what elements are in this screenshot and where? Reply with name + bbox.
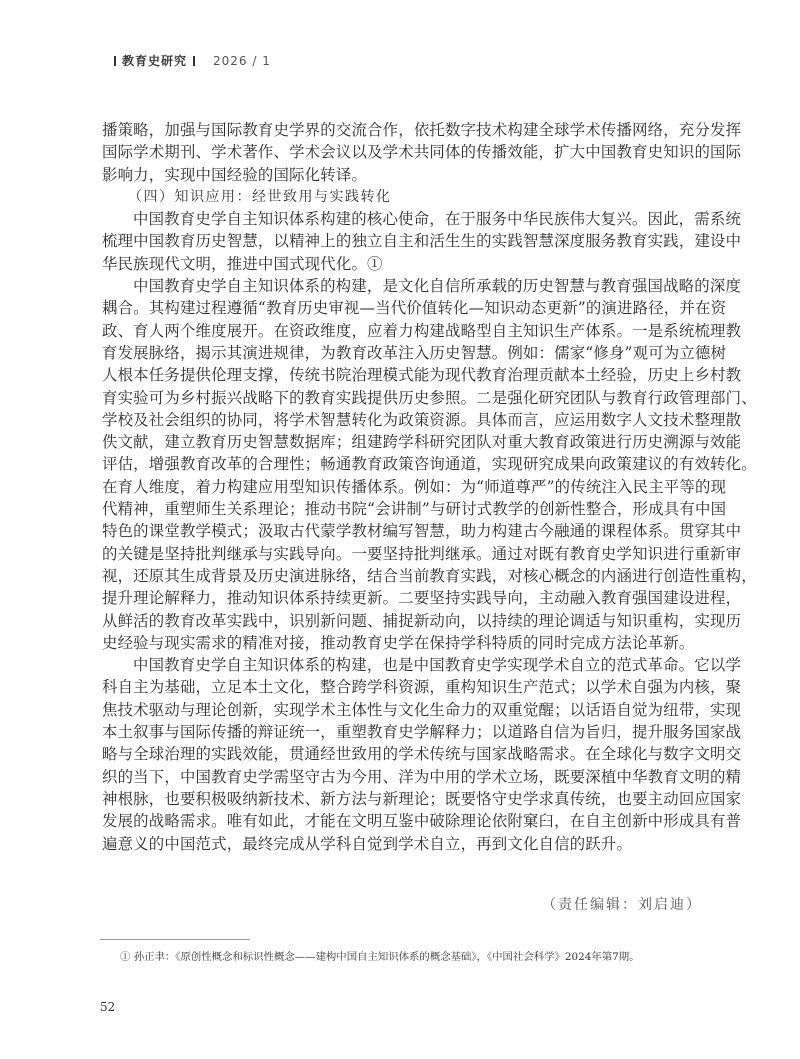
page-number: 52 [100, 1000, 115, 1014]
text-line: 遍意义的中国范式，最终完成从学科自觉到学术自立，再到文化自信的跃升。 [102, 833, 702, 855]
text-line: 科自主为基础，立足本土文化，整合跨学科资源，重构知识生产范式；以学术自强为内核，… [102, 676, 702, 698]
text-line: 中国教育史学自主知识体系的构建，是文化自信所承载的历史智慧与教育强国战略的深度 [102, 275, 702, 297]
header-bar-left [114, 56, 116, 66]
text-line: 影响力，实现中国经验的国际化转译。 [102, 164, 702, 186]
text-line: 国际学术期刊、学术著作、学术会议以及学术共同体的传播效能，扩大中国教育史知识的国… [102, 141, 702, 163]
journal-title: 教育史研究 [122, 54, 187, 68]
text-line: 人根本任务提供伦理支撑，传统书院治理模式能为现代教育治理贡献本土经验，历史上乡村… [102, 364, 702, 386]
text-line: 的关键是坚持批判继承与实践导向。一要坚持批判继承。通过对既有教育史学知识进行重新… [102, 543, 702, 565]
text-line: 佚文献，建立教育历史智慧数据库；组建跨学科研究团队对重大教育政策进行历史溯源与效… [102, 431, 702, 453]
text-line: 神根脉，也要积极吸纳新技术、新方法与新理论；既要恪守史学求真传统，也要主动回应国… [102, 788, 702, 810]
text-line: 本土叙事与国际传播的辩证统一，重塑教育史学解释力；以道路自信为旨归，提升服务国家… [102, 721, 702, 743]
text-line: 从鲜活的教育改革实践中，识别新问题、捕捉新动向，以持续的理论调适与知识重构，实现… [102, 610, 702, 632]
text-line: 梳理中国教育历史智慧，以精神上的独立自主和活生生的实践智慧深度服务教育实践，建设… [102, 230, 702, 252]
text-line: 播策略，加强与国际教育史学界的交流合作，依托数字技术构建全球学术传播网络，充分发… [102, 119, 702, 141]
running-header: 教育史研究2026 / 1 [108, 52, 271, 69]
header-bar-right [193, 56, 195, 66]
text-line: 学校及社会组织的协同，将学术智慧转化为政策资源。具体而言，应运用数字人文技术整理… [102, 409, 702, 431]
text-line: 育发展脉络，揭示其演进规律，为教育改革注入历史智慧。例如：儒家“修身”观可为立德… [102, 342, 702, 364]
text-line: 在育人维度，着力构建应用型知识传播体系。例如：为“师道尊严”的传统注入民主平等的… [102, 476, 702, 498]
footnote-divider [100, 939, 250, 940]
text-line: 代精神，重塑师生关系理论；推动书院“会讲制”与研讨式教学的创新性整合，形成具有中… [102, 498, 702, 520]
article-body: 播策略，加强与国际教育史学界的交流合作，依托数字技术构建全球学术传播网络，充分发… [102, 119, 702, 855]
text-line: 华民族现代文明，推进中国式现代化。① [102, 253, 702, 275]
text-line: 视，还原其生成背景及历史演进脉络，结合当前教育实践，对核心概念的内涵进行创造性重… [102, 565, 702, 587]
text-line: 焦技术驱动与理论创新，实现学术主体性与文化生命力的双重觉醒；以话语自觉为纽带，实… [102, 699, 702, 721]
text-line: 政、育人两个维度展开。在资政维度，应着力构建战略型自主知识生产体系。一是系统梳理… [102, 320, 702, 342]
text-line: 特色的课堂教学模式；汲取古代蒙学教材编写智慧，助力构建古今融通的课程体系。贯穿其… [102, 520, 702, 542]
issue-number: 2026 / 1 [213, 54, 271, 68]
text-line: 史经验与现实需求的精准对接，推动教育史学在保持学科特质的同时完成方法论革新。 [102, 632, 702, 654]
text-line: 中国教育史学自主知识体系的构建，也是中国教育史学实现学术自立的范式革命。它以学 [102, 654, 702, 676]
text-line: 中国教育史学自主知识体系构建的核心使命，在于服务中华民族伟大复兴。因此，需系统 [102, 208, 702, 230]
text-line: 耦合。其构建过程遵循“教育历史审视—当代价值转化—知识动态更新”的演进路径，并在… [102, 297, 702, 319]
footnote: ① 孙正聿：《原创性概念和标识性概念——建构中国自主知识体系的概念基础》，《中国… [120, 948, 640, 963]
section-heading: （四）知识应用：经世致用与实践转化 [102, 186, 702, 208]
text-line: 发展的战略需求。唯有如此，才能在文明互鉴中破除理论依附窠臼，在自主创新中形成具有… [102, 810, 702, 832]
text-line: 略与全球治理的实践效能，贯通经世致用的学术传统与国家战略需求。在全球化与数字文明… [102, 743, 702, 765]
text-line: 评估，增强教育改革的合理性；畅通教育政策咨询通道，实现研究成果向政策建议的有效转… [102, 453, 702, 475]
text-line: 织的当下，中国教育史学需坚守古为今用、洋为中用的学术立场，既要深植中华教育文明的… [102, 766, 702, 788]
text-line: 育实验可为乡村振兴战略下的教育实践提供历史参照。二是强化研究团队与教育行政管理部… [102, 387, 702, 409]
responsible-editor-note: （责任编辑：刘启迪） [542, 894, 702, 914]
text-line: 提升理论解释力，推动知识体系持续更新。二要坚持实践导向，主动融入教育强国建设进程… [102, 587, 702, 609]
